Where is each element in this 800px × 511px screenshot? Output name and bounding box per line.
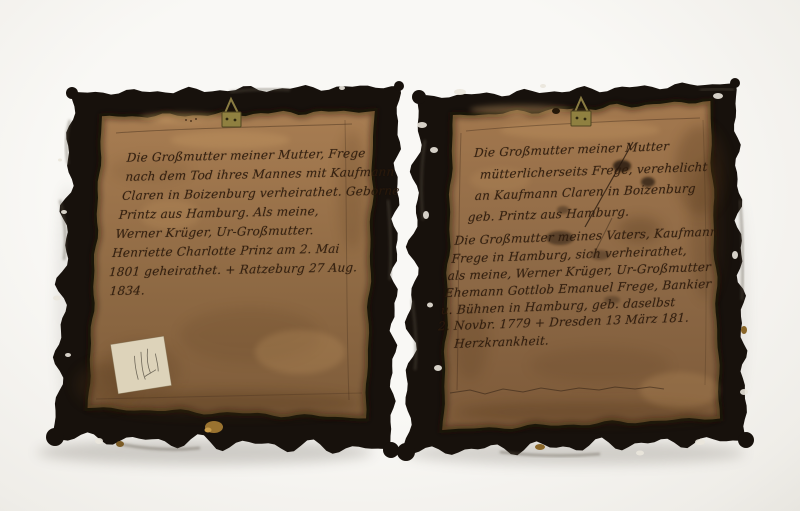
handwritten-line: Herzkrankheit. — [454, 334, 549, 349]
nail-hole — [552, 108, 560, 114]
handwritten-line: Werner Krüger, Ur-Großmutter. — [115, 224, 314, 240]
handwritten-line: 1834. — [109, 284, 145, 297]
handwritten-line: Printz aus Hamburg. Als meine, — [118, 205, 319, 221]
inventory-label — [110, 336, 171, 394]
photograph: Die Großmutter meiner Mutter, Frege nach… — [0, 0, 800, 511]
